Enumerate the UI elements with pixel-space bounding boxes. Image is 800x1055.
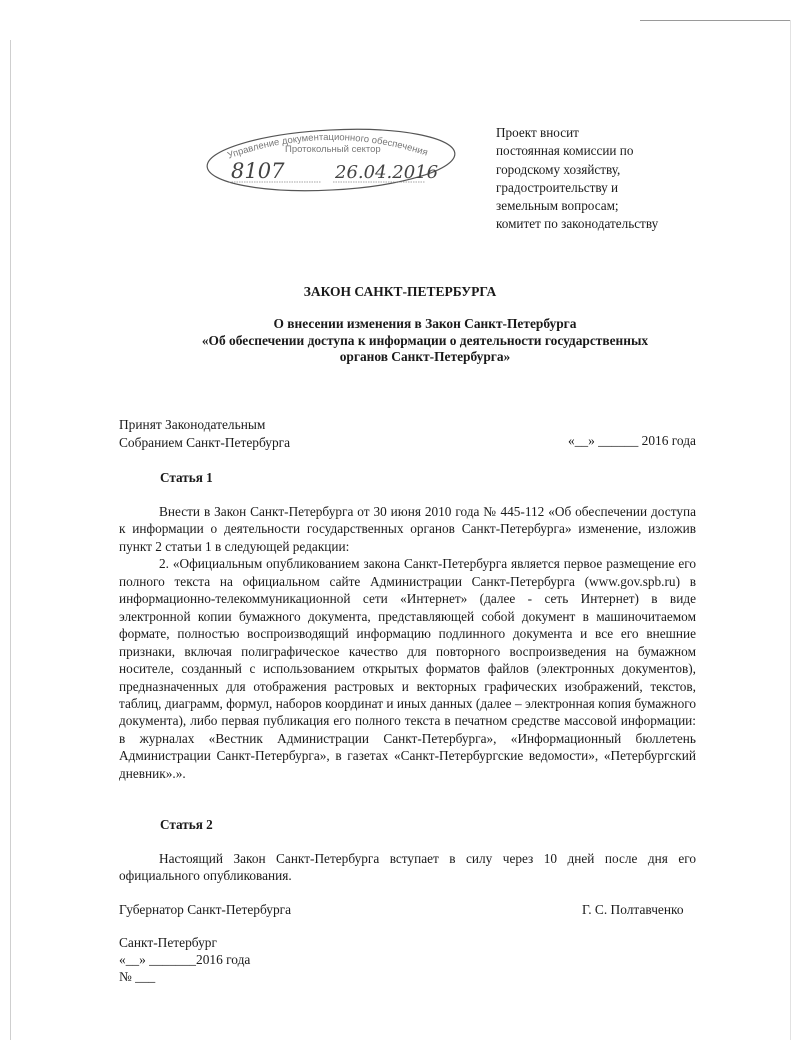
subtitle-line: О внесении изменения в Закон Санкт-Петер…: [150, 316, 700, 333]
scan-edge-left: [10, 40, 11, 1040]
article-2-text: Настоящий Закон Санкт-Петербурга вступае…: [119, 850, 696, 885]
signing-number: № ___: [119, 968, 250, 985]
article-2-heading: Статья 2: [160, 817, 213, 833]
article-1-body: Внести в Закон Санкт-Петербурга от 30 ию…: [119, 503, 696, 782]
subtitle-line: «Об обеспечении доступа к информации о д…: [150, 333, 700, 350]
document-subtitle: О внесении изменения в Закон Санкт-Петер…: [150, 316, 700, 366]
adoption-note: Принят Законодательным Собранием Санкт-П…: [119, 416, 290, 451]
adoption-line-2: Собранием Санкт-Петербурга: [119, 434, 290, 452]
registration-stamp: Управление документационного обеспечения…: [203, 126, 458, 192]
bill-initiator-block: Проект вносит постоянная комиссии по гор…: [496, 124, 658, 234]
signatory-position: Губернатор Санкт-Петербурга: [119, 902, 291, 918]
stamp-sector: Протокольный сектор: [285, 144, 381, 155]
adoption-date: «__» ______ 2016 года: [568, 433, 696, 449]
scan-edge-top: [640, 20, 790, 21]
stamp-number: 8107: [231, 159, 285, 183]
document-title: ЗАКОН САНКТ-ПЕТЕРБУРГА: [0, 284, 800, 300]
initiator-line: градостроительству и: [496, 179, 658, 197]
signatory-name: Г. С. Полтавченко: [582, 902, 684, 918]
initiator-line: городскому хозяйству,: [496, 161, 658, 179]
initiator-line: постоянная комиссии по: [496, 142, 658, 160]
signing-city: Санкт-Петербург: [119, 934, 250, 951]
scan-edge-right: [790, 20, 791, 1040]
stamp-date: 26.04.2016: [334, 162, 438, 183]
initiator-line: Проект вносит: [496, 124, 658, 142]
signing-details: Санкт-Петербург «__» _______2016 года № …: [119, 934, 250, 985]
subtitle-line: органов Санкт-Петербурга»: [150, 349, 700, 366]
initiator-line: комитет по законодательству: [496, 215, 658, 233]
article-2-body: Настоящий Закон Санкт-Петербурга вступае…: [119, 850, 696, 885]
adoption-line-1: Принят Законодательным: [119, 416, 290, 434]
article-1-new-text: 2. «Официальным опубликованием закона Са…: [119, 555, 696, 782]
signing-date: «__» _______2016 года: [119, 951, 250, 968]
article-1-intro: Внести в Закон Санкт-Петербурга от 30 ию…: [119, 503, 696, 555]
article-1-heading: Статья 1: [160, 470, 213, 486]
initiator-line: земельным вопросам;: [496, 197, 658, 215]
